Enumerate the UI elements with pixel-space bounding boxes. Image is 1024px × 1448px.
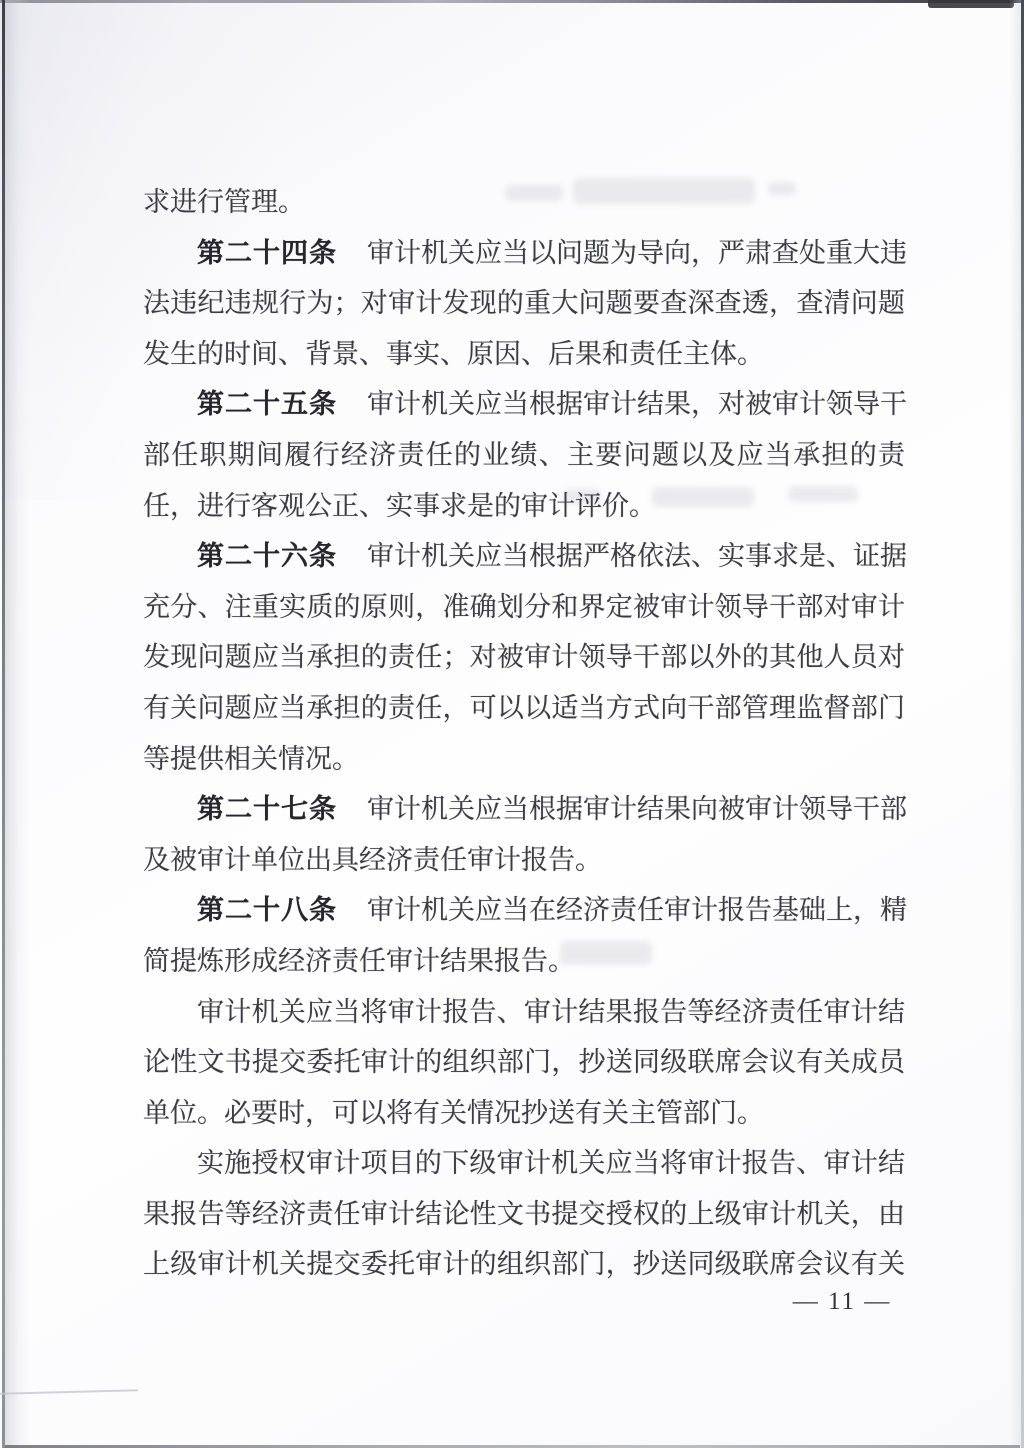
- line-text: 法违纪违规行为；对审计发现的重大问题要查深查透，查清问题: [143, 288, 905, 318]
- line-text: 上级审计机关提交委托审计的组织部门，抄送同级联席会议有关: [143, 1249, 905, 1279]
- line-text: 单位。必要时，可以将有关情况抄送有关主管部门。: [143, 1098, 764, 1128]
- line-text: 部任职期间履行经济责任的业绩、主要问题以及应当承担的责: [143, 440, 905, 470]
- line-text: 有关问题应当承担的责任，可以以适当方式向干部管理监督部门: [143, 693, 905, 723]
- text-line: 上级审计机关提交委托审计的组织部门，抄送同级联席会议有关: [143, 1239, 905, 1290]
- text-line: 发生的时间、背景、事实、原因、后果和责任主体。: [143, 329, 905, 380]
- text-line: 单位。必要时，可以将有关情况抄送有关主管部门。: [143, 1088, 905, 1139]
- scanned-document-page: 求进行管理。 第二十四条审计机关应当以问题为导向，严肃查处重大违 法违纪违规行为…: [0, 0, 1024, 1448]
- text-line: 任，进行客观公正、实事求是的审计评价。: [143, 481, 905, 532]
- document-body: 求进行管理。 第二十四条审计机关应当以问题为导向，严肃查处重大违 法违纪违规行为…: [143, 177, 905, 1290]
- text-line: 第二十八条审计机关应当在经济责任审计报告基础上，精: [143, 885, 905, 936]
- line-text: 求进行管理。: [143, 187, 305, 217]
- text-line: 及被审计单位出具经济责任审计报告。: [143, 835, 905, 886]
- line-text: 发现问题应当承担的责任；对被审计领导干部以外的其他人员对: [143, 642, 905, 672]
- scan-shadow-left: [5, 0, 31, 1448]
- line-text: 审计机关应当在经济责任审计报告基础上，精: [367, 895, 907, 925]
- line-text: 等提供相关情况。: [143, 744, 359, 774]
- text-line: 第二十五条审计机关应当根据审计结果，对被审计领导干: [143, 379, 905, 430]
- article-number: 第二十六条: [197, 541, 337, 572]
- text-line: 论性文书提交委托审计的组织部门，抄送同级联席会议有关成员: [143, 1037, 905, 1088]
- line-text: 果报告等经济责任审计结论性文书提交授权的上级审计机关，由: [143, 1199, 905, 1229]
- text-line: 充分、注重实质的原则，准确划分和界定被审计领导干部对审计: [143, 582, 905, 633]
- line-text: 实施授权审计项目的下级审计机关应当将审计报告、审计结: [197, 1148, 905, 1178]
- text-line: 审计机关应当将审计报告、审计结果报告等经济责任审计结: [143, 987, 905, 1038]
- article-number: 第二十八条: [197, 895, 337, 926]
- article-number: 第二十四条: [197, 238, 337, 269]
- text-line: 发现问题应当承担的责任；对被审计领导干部以外的其他人员对: [143, 632, 905, 683]
- scan-shadow-right: [1009, 0, 1021, 1448]
- text-line: 果报告等经济责任审计结论性文书提交授权的上级审计机关，由: [143, 1189, 905, 1240]
- text-line: 法违纪违规行为；对审计发现的重大问题要查深查透，查清问题: [143, 278, 905, 329]
- line-text: 审计机关应当根据审计结果，对被审计领导干: [367, 389, 907, 419]
- line-text: 审计机关应当根据严格依法、实事求是、证据: [367, 541, 907, 571]
- line-text: 论性文书提交委托审计的组织部门，抄送同级联席会议有关成员: [143, 1047, 905, 1077]
- article-number: 第二十五条: [197, 389, 337, 420]
- page-number: — 11 —: [780, 1288, 904, 1316]
- text-line: 实施授权审计项目的下级审计机关应当将审计报告、审计结: [143, 1138, 905, 1189]
- text-line: 第二十四条审计机关应当以问题为导向，严肃查处重大违: [143, 228, 905, 279]
- line-text: 任，进行客观公正、实事求是的审计评价。: [143, 491, 656, 521]
- line-text: 审计机关应当以问题为导向，严肃查处重大违: [367, 238, 907, 268]
- text-line: 求进行管理。: [143, 177, 905, 228]
- text-line: 部任职期间履行经济责任的业绩、主要问题以及应当承担的责: [143, 430, 905, 481]
- text-line: 简提炼形成经济责任审计结果报告。: [143, 936, 905, 987]
- text-line: 第二十六条审计机关应当根据严格依法、实事求是、证据: [143, 531, 905, 582]
- line-text: 及被审计单位出具经济责任审计报告。: [143, 845, 602, 875]
- line-text: 发生的时间、背景、事实、原因、后果和责任主体。: [143, 339, 764, 369]
- line-text: 审计机关应当将审计报告、审计结果报告等经济责任审计结: [197, 997, 905, 1027]
- article-number: 第二十七条: [197, 794, 337, 825]
- line-text: 简提炼形成经济责任审计结果报告。: [143, 946, 575, 976]
- line-text: 充分、注重实质的原则，准确划分和界定被审计领导干部对审计: [143, 592, 905, 622]
- text-line: 第二十七条审计机关应当根据审计结果向被审计领导干部: [143, 784, 905, 835]
- text-line: 等提供相关情况。: [143, 734, 905, 785]
- scan-corner-top-right: [928, 0, 1014, 8]
- line-text: 审计机关应当根据审计结果向被审计领导干部: [367, 794, 907, 824]
- text-line: 有关问题应当承担的责任，可以以适当方式向干部管理监督部门: [143, 683, 905, 734]
